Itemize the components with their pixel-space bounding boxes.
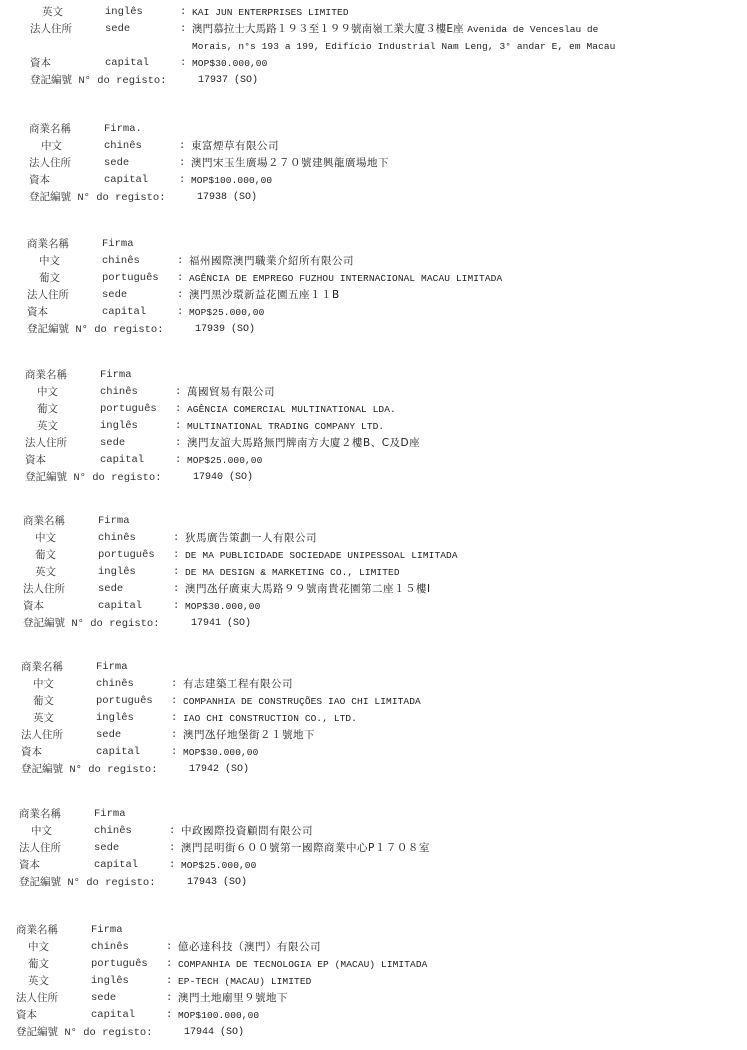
- capital-label-zh: 資本: [29, 172, 50, 189]
- colon: :: [180, 21, 186, 38]
- sede-label-zh: 法人住所: [27, 287, 69, 304]
- sede-value: 澳門土地廟里９號地下: [178, 990, 288, 1007]
- sede-label-pt: sede: [105, 21, 130, 38]
- sede-label-pt: sede: [94, 840, 119, 857]
- sede-value-zh: 澳門慕拉士大馬路１９３至１９９號南嶺工業大廈３樓E座: [192, 23, 464, 35]
- firma-label-pt: Firma.: [104, 121, 142, 138]
- registo-value: 17938 (SO): [197, 189, 257, 206]
- ingles-value: EP-TECH (MACAU) LIMITED: [178, 973, 311, 990]
- capital-label-pt: capital: [91, 1007, 135, 1024]
- colon: :: [177, 304, 183, 321]
- capital-label-pt: capital: [94, 857, 138, 874]
- capital-value: MOP$30.000,00: [185, 598, 260, 615]
- colon: :: [179, 155, 185, 172]
- capital-label-pt: capital: [102, 304, 146, 321]
- portugues-label-zh: 葡文: [35, 547, 56, 564]
- registo-label-zh: 登記編號: [29, 191, 71, 203]
- chines-label-zh: 中文: [41, 138, 62, 155]
- firma-label-pt: Firma: [102, 236, 134, 253]
- registo-label: 登記編號 N° do registo:: [29, 189, 166, 207]
- portugues-label-zh: 葡文: [33, 693, 54, 710]
- portugues-label-zh: 葡文: [28, 956, 49, 973]
- portugues-value: AGÊNCIA DE EMPREGO FUZHOU INTERNACIONAL …: [189, 270, 502, 287]
- sede-label-pt: sede: [98, 581, 123, 598]
- colon: :: [175, 418, 181, 435]
- ingles-label-pt: inglês: [91, 973, 129, 990]
- sede-label-pt: sede: [104, 155, 129, 172]
- firma-label-pt: Firma: [98, 513, 130, 530]
- capital-value: MOP$25.000,00: [187, 452, 262, 469]
- colon: :: [166, 956, 172, 973]
- colon: :: [175, 452, 181, 469]
- chines-label-pt: chinês: [104, 138, 142, 155]
- colon: :: [177, 253, 183, 270]
- registo-value: 17937 (SO): [198, 72, 258, 89]
- colon: :: [166, 973, 172, 990]
- sede-label-zh: 法人住所: [16, 990, 58, 1007]
- registo-value: 17943 (SO): [187, 874, 247, 891]
- registo-value: 17944 (SO): [184, 1024, 244, 1041]
- ingles-value: IAO CHI CONSTRUCTION CO., LTD.: [183, 710, 357, 727]
- portugues-label-pt: português: [98, 547, 155, 564]
- ingles-label-pt: inglês: [105, 4, 143, 21]
- portugues-label-pt: português: [96, 693, 153, 710]
- colon: :: [173, 581, 179, 598]
- chines-label-pt: chinês: [100, 384, 138, 401]
- colon: :: [175, 435, 181, 452]
- sede-label-pt: sede: [96, 727, 121, 744]
- colon: :: [173, 598, 179, 615]
- colon: :: [166, 990, 172, 1007]
- ingles-label-pt: inglês: [100, 418, 138, 435]
- registo-label: 登記編號 N° do registo:: [19, 874, 156, 892]
- chines-value: 中政國際投資顧問有限公司: [181, 823, 313, 840]
- registo-label-pt: N° do registo:: [77, 192, 165, 204]
- sede-label-zh: 法人住所: [21, 727, 63, 744]
- ingles-value: MULTINATIONAL TRADING COMPANY LTD.: [187, 418, 384, 435]
- chines-value: 東富煙草有限公司: [191, 138, 279, 155]
- firma-label-zh: 商業名稱: [21, 659, 63, 676]
- registo-label-pt: N° do registo:: [64, 1027, 152, 1039]
- chines-label-zh: 中文: [37, 384, 58, 401]
- sede-label-zh: 法人住所: [19, 840, 61, 857]
- registo-value: 17942 (SO): [189, 761, 249, 778]
- colon: :: [171, 710, 177, 727]
- sede-value: 澳門黑沙環新益花園五座１１B: [189, 287, 340, 304]
- firma-label-zh: 商業名稱: [29, 121, 71, 138]
- sede-label-pt: sede: [102, 287, 127, 304]
- sede-label-zh: 法人住所: [29, 155, 71, 172]
- registo-label-zh: 登記編號: [30, 74, 72, 86]
- registo-label-pt: N° do registo:: [73, 472, 161, 484]
- sede-value: 澳門氹仔地堡街２１號地下: [183, 727, 315, 744]
- chines-label-pt: chinês: [102, 253, 140, 270]
- registo-label: 登記編號 N° do registo:: [25, 469, 162, 487]
- chines-label-zh: 中文: [33, 676, 54, 693]
- registo-label-zh: 登記編號: [21, 763, 63, 775]
- registo-label-pt: N° do registo:: [78, 75, 166, 87]
- registo-value: 17941 (SO): [191, 615, 251, 632]
- capital-value: MOP$30.000,00: [192, 55, 267, 72]
- portugues-value: AGÊNCIA COMERCIAL MULTINATIONAL LDA.: [187, 401, 396, 418]
- colon: :: [179, 138, 185, 155]
- portugues-value: COMPANHIA DE TECNOLOGIA EP (MACAU) LIMIT…: [178, 956, 427, 973]
- capital-label-zh: 資本: [21, 744, 42, 761]
- registo-value: 17940 (SO): [193, 469, 253, 486]
- capital-label-zh: 資本: [27, 304, 48, 321]
- capital-label-pt: capital: [98, 598, 142, 615]
- ingles-value: DE MA DESIGN & MARKETING CO., LIMITED: [185, 564, 400, 581]
- chines-label-pt: chinês: [96, 676, 134, 693]
- chines-label-zh: 中文: [31, 823, 52, 840]
- colon: :: [166, 1007, 172, 1024]
- portugues-label-pt: português: [102, 270, 159, 287]
- capital-label-zh: 資本: [19, 857, 40, 874]
- firma-label-pt: Firma: [96, 659, 128, 676]
- portugues-value: DE MA PUBLICIDADE SOCIEDADE UNIPESSOAL L…: [185, 547, 458, 564]
- colon: :: [169, 840, 175, 857]
- firma-label-zh: 商業名稱: [16, 922, 58, 939]
- capital-label-zh: 資本: [16, 1007, 37, 1024]
- chines-value: 有志建築工程有限公司: [183, 676, 293, 693]
- colon: :: [179, 172, 185, 189]
- capital-value: MOP$100.000,00: [178, 1007, 259, 1024]
- colon: :: [173, 564, 179, 581]
- registo-label-zh: 登記編號: [25, 471, 67, 483]
- firma-label-zh: 商業名稱: [23, 513, 65, 530]
- colon: :: [171, 727, 177, 744]
- portugues-label-pt: português: [100, 401, 157, 418]
- chines-value: 億必達科技（澳門）有限公司: [178, 939, 321, 956]
- sede-value: 澳門昆明街６００號第一國際商業中心P１７０８室: [181, 840, 430, 857]
- sede-label-zh: 法人住所: [30, 21, 72, 38]
- sede-value: 澳門宋玉生廣場２７０號建興龍廣場地下: [191, 155, 389, 172]
- registo-label-zh: 登記編號: [19, 876, 61, 888]
- sede-label-pt: sede: [100, 435, 125, 452]
- sede-label-zh: 法人住所: [25, 435, 67, 452]
- portugues-label-zh: 葡文: [39, 270, 60, 287]
- firma-label-zh: 商業名稱: [27, 236, 69, 253]
- portugues-label-pt: português: [91, 956, 148, 973]
- chines-label-zh: 中文: [28, 939, 49, 956]
- capital-label-pt: capital: [96, 744, 140, 761]
- firma-label-zh: 商業名稱: [25, 367, 67, 384]
- chines-label-zh: 中文: [39, 253, 60, 270]
- firma-label-pt: Firma: [100, 367, 132, 384]
- sede-value-continued: Morais, n°s 193 a 199, Edifício Industri…: [192, 38, 615, 55]
- colon: :: [177, 287, 183, 304]
- registo-label: 登記編號 N° do registo:: [16, 1024, 153, 1042]
- chines-label-pt: chinês: [91, 939, 129, 956]
- colon: :: [171, 693, 177, 710]
- sede-value: 澳門慕拉士大馬路１９３至１９９號南嶺工業大廈３樓E座 Avenida de Ve…: [192, 21, 598, 38]
- ingles-label-zh: 英文: [28, 973, 49, 990]
- registo-label-zh: 登記編號: [27, 323, 69, 335]
- chines-label-pt: chinês: [98, 530, 136, 547]
- colon: :: [171, 676, 177, 693]
- registo-label: 登記編號 N° do registo:: [23, 615, 160, 633]
- ingles-label-zh: 英文: [35, 564, 56, 581]
- capital-value: MOP$30.000,00: [183, 744, 258, 761]
- registo-label: 登記編號 N° do registo:: [21, 761, 158, 779]
- colon: :: [169, 857, 175, 874]
- chines-value: 狄馬廣告策劃一人有限公司: [185, 530, 317, 547]
- colon: :: [173, 530, 179, 547]
- capital-label-pt: capital: [105, 55, 149, 72]
- chines-label-pt: chinês: [94, 823, 132, 840]
- colon: :: [177, 270, 183, 287]
- sede-value-pt: Avenida de Venceslau de: [467, 24, 598, 35]
- colon: :: [166, 939, 172, 956]
- capital-label-zh: 資本: [25, 452, 46, 469]
- firma-label-zh: 商業名稱: [19, 806, 61, 823]
- capital-value: MOP$100.000,00: [191, 172, 272, 189]
- ingles-label-zh: 英文: [37, 418, 58, 435]
- ingles-label-pt: inglês: [96, 710, 134, 727]
- firma-label-pt: Firma: [94, 806, 126, 823]
- ingles-label-pt: inglês: [98, 564, 136, 581]
- colon: :: [169, 823, 175, 840]
- ingles-value: KAI JUN ENTERPRISES LIMITED: [192, 4, 349, 21]
- colon: :: [173, 547, 179, 564]
- registo-label-pt: N° do registo:: [71, 618, 159, 630]
- registo-label-zh: 登記編號: [23, 617, 65, 629]
- registo-label-pt: N° do registo:: [75, 324, 163, 336]
- registo-label: 登記編號 N° do registo:: [27, 321, 164, 339]
- ingles-label-zh: 英文: [33, 710, 54, 727]
- capital-label-zh: 資本: [30, 55, 51, 72]
- chines-value: 萬國貿易有限公司: [187, 384, 275, 401]
- sede-value: 澳門氹仔廣東大馬路９９號南貴花園第二座１５樓I: [185, 581, 431, 598]
- registo-value: 17939 (SO): [195, 321, 255, 338]
- registo-label-pt: N° do registo:: [69, 764, 157, 776]
- portugues-value: COMPANHIA DE CONSTRUÇÕES IAO CHI LIMITAD…: [183, 693, 421, 710]
- registo-label: 登記編號 N° do registo:: [30, 72, 167, 90]
- capital-label-zh: 資本: [23, 598, 44, 615]
- colon: :: [175, 401, 181, 418]
- colon: :: [171, 744, 177, 761]
- colon: :: [180, 4, 186, 21]
- document-page: 英文 inglês : KAI JUN ENTERPRISES LIMITED …: [0, 0, 747, 1050]
- colon: :: [180, 55, 186, 72]
- sede-value: 澳門友誼大馬路無門牌南方大廈２樓B、C及D座: [187, 435, 420, 452]
- capital-value: MOP$25.000,00: [181, 857, 256, 874]
- capital-label-pt: capital: [100, 452, 144, 469]
- capital-label-pt: capital: [104, 172, 148, 189]
- colon: :: [175, 384, 181, 401]
- chines-value: 福州國際澳門職業介紹所有限公司: [189, 253, 354, 270]
- sede-label-pt: sede: [91, 990, 116, 1007]
- sede-label-zh: 法人住所: [23, 581, 65, 598]
- ingles-label-zh: 英文: [42, 4, 63, 21]
- registo-label-pt: N° do registo:: [67, 877, 155, 889]
- registo-label-zh: 登記編號: [16, 1026, 58, 1038]
- chines-label-zh: 中文: [35, 530, 56, 547]
- capital-value: MOP$25.000,00: [189, 304, 264, 321]
- firma-label-pt: Firma: [91, 922, 123, 939]
- portugues-label-zh: 葡文: [37, 401, 58, 418]
